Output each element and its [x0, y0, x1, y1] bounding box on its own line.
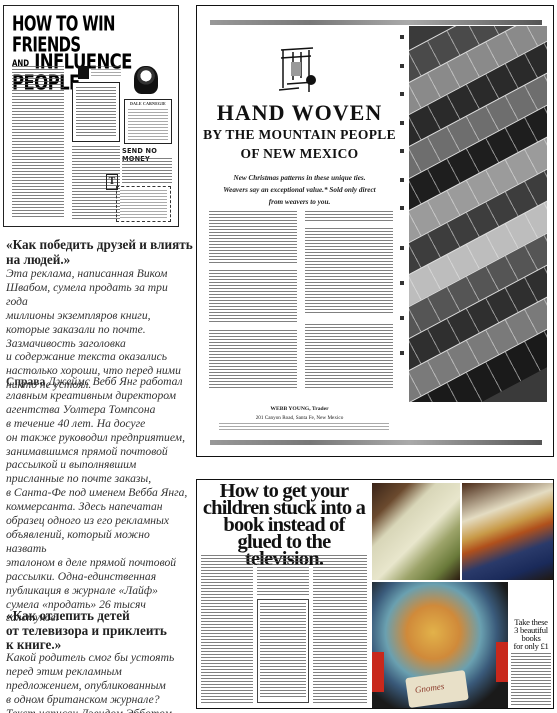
body-text-column	[91, 66, 121, 78]
body-text-column	[12, 66, 64, 218]
caption-hand-woven-body: Справа Джеймс Вебб Янг работал главным к…	[6, 375, 190, 625]
author-portrait	[134, 66, 158, 94]
tagline: from weavers to you.	[197, 198, 402, 206]
book-illustration	[78, 66, 89, 79]
ad-subtitle: OF NEW MEXICO	[197, 146, 402, 162]
loom-illustration	[279, 44, 321, 94]
body-text-column	[305, 228, 393, 314]
ad-subtitle: BY THE MOUNTAIN PEOPLE	[197, 127, 402, 143]
footnote	[219, 423, 389, 432]
author-box: DALE CARNEGIE	[124, 99, 172, 144]
tagline: Weavers say an exceptional value.* Sold …	[197, 186, 402, 194]
body-text-column	[209, 270, 297, 324]
book-photo-1	[372, 483, 460, 580]
ties-photo	[409, 26, 547, 402]
tagline: New Christmas patterns in these unique t…	[197, 174, 402, 182]
book-photo-3: Gnomes	[372, 582, 508, 708]
address: 201 Canyon Road, Santa Fe, New Mexico	[197, 415, 402, 421]
ad-children-books: How to get your children stuck into a bo…	[196, 479, 554, 709]
order-coupon	[116, 186, 171, 222]
caption-children-books-title: «Как отлепить детей от телевизора и прик…	[6, 609, 167, 653]
boxed-text	[72, 82, 120, 142]
body-text-column	[305, 211, 393, 221]
body-text-column	[122, 158, 172, 184]
top-rule	[210, 20, 542, 25]
body-text-column	[305, 324, 393, 388]
ad-hand-woven: HAND WOVEN BY THE MOUNTAIN PEOPLE OF NEW…	[196, 5, 554, 457]
book-photo-2	[462, 483, 553, 580]
caption-children-books-body: Какой родитель смог бы устоять перед эти…	[6, 651, 190, 713]
ad-title: HAND WOVEN	[197, 100, 402, 126]
offer-coupon: Take these 3 beautiful books for only £1	[509, 615, 553, 708]
body-text-column	[209, 211, 297, 263]
bottom-rule	[210, 440, 542, 445]
signature: WEBB YOUNG, Trader	[197, 406, 402, 412]
body-text-column	[209, 330, 297, 388]
body-text-columns	[201, 555, 369, 705]
ad-win-friends: HOW TO WIN FRIENDS AND INFLUENCE PEOPLE …	[3, 5, 179, 227]
caption-win-friends-body: Эта реклама, написанная Виком Швабом, су…	[6, 267, 190, 392]
caption-win-friends-title: «Как победить друзей и влиять на людей.»	[6, 238, 193, 267]
